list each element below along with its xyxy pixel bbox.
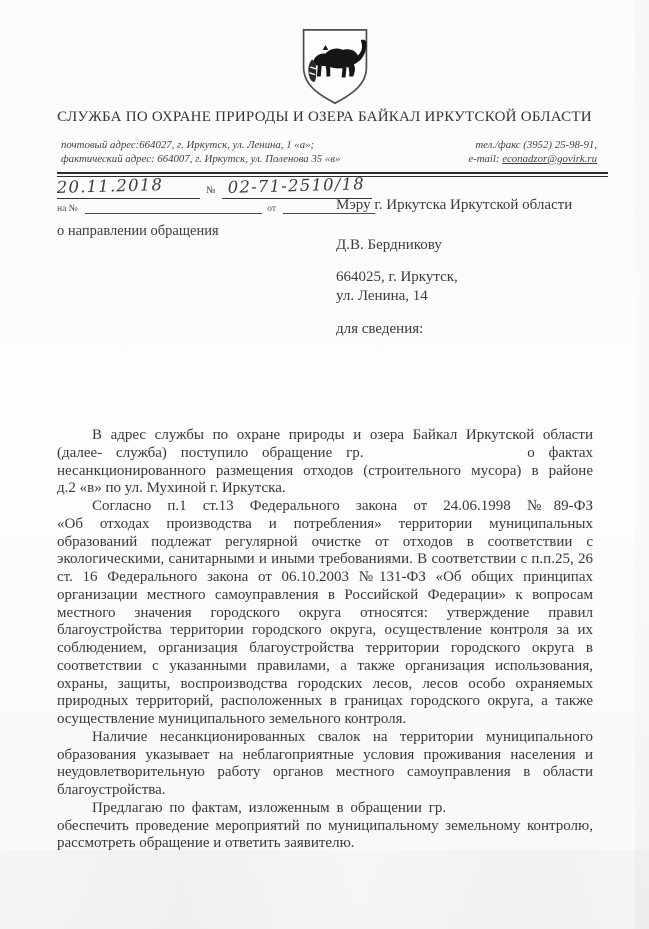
body-line: д.2 «в» по ул. Мухиной г. Иркутска. xyxy=(57,480,593,498)
number-sign: № xyxy=(206,185,216,196)
email-label: e-mail: xyxy=(468,153,499,165)
body-line: Согласно п.1 ст.13 Федерального закона о… xyxy=(57,498,593,516)
scanned-letter-page: СЛУЖБА ПО ОХРАНЕ ПРИРОДЫ И ОЗЕРА БАЙКАЛ … xyxy=(0,0,649,929)
email-line: e-mail: econadzor@govirk.ru xyxy=(468,152,597,166)
body-line: осуществление муниципального земельного … xyxy=(57,711,593,729)
irkutsk-coat-of-arms xyxy=(296,27,374,107)
handwritten-date: 20.11.2018 xyxy=(56,176,163,197)
body-line: (далее- служба) поступило обращение гр. … xyxy=(57,445,593,463)
body-line: охраны, защиты, воспроизводства городски… xyxy=(57,676,593,694)
letterhead-contacts: почтовый адрес:664027, г. Иркутск, ул. Л… xyxy=(61,138,597,166)
body-line: организации местного самоуправления в Ро… xyxy=(57,587,593,605)
recipient-postcode-city: 664025, г. Иркутск, xyxy=(336,268,608,287)
recipient-name: Д.В. Бердникову xyxy=(336,236,608,255)
outgoing-date-field: 20.11.2018 xyxy=(57,179,200,199)
address-block: почтовый адрес:664027, г. Иркутск, ул. Л… xyxy=(61,138,340,166)
body-line: неудовлетворительную работу органов мест… xyxy=(57,764,593,782)
body-line: природных территорий, расположенных в гр… xyxy=(57,693,593,711)
body-line: ст. 16 Федерального закона от 06.10.2003… xyxy=(57,569,593,587)
reply-reference-row: на № от xyxy=(57,199,375,214)
body-line: образований подлежат регулярной очистке … xyxy=(57,534,593,552)
scan-artifact-edge xyxy=(635,0,649,929)
email-address: econadzor@govirk.ru xyxy=(502,153,597,165)
outgoing-reference-row: 20.11.2018 № 02-71-2510/18 xyxy=(57,178,375,199)
recipient-street: ул. Ленина, 14 xyxy=(336,287,608,306)
phone-fax: тел./факс (3952) 25-98-91, xyxy=(468,138,597,152)
actual-address: фактический адрес: 664007, г. Иркутск, у… xyxy=(61,152,340,166)
body-line: благоустройства. xyxy=(57,782,593,800)
body-line: соответствии с указанными правилами, а т… xyxy=(57,658,593,676)
body-line: благоустройства территории городского ок… xyxy=(57,622,593,640)
contact-block: тел./факс (3952) 25-98-91, e-mail: econa… xyxy=(468,138,597,166)
coat-of-arms-icon xyxy=(296,27,374,107)
recipient-block: Мэру г. Иркутска Иркутской области Д.В. … xyxy=(336,196,608,339)
subject-line: о направлении обращения xyxy=(57,223,375,240)
body-line: образования указывает на неблагоприятные… xyxy=(57,747,593,765)
scan-artifact-band xyxy=(0,850,649,929)
reply-number-blank xyxy=(85,202,262,214)
body-line: несанкционированного размещения отходов … xyxy=(57,463,593,481)
handwritten-number: 02-71-2510/18 xyxy=(227,175,365,197)
postal-address: почтовый адрес:664027, г. Иркутск, ул. Л… xyxy=(61,138,340,152)
redacted-name-gap xyxy=(377,456,527,457)
letter-body: В адрес службы по охране природы и озера… xyxy=(57,427,593,853)
body-line: местного значения городского округа отно… xyxy=(57,605,593,623)
for-information-note: для сведения: xyxy=(336,320,608,339)
reply-from-label: от xyxy=(267,204,276,214)
body-line: рассмотреть обращение и ответить заявите… xyxy=(57,835,593,853)
reply-to-label: на № xyxy=(57,204,78,214)
redacted-name-gap xyxy=(453,811,593,812)
body-line: «Об отходах производства и потребления» … xyxy=(57,516,593,534)
reference-block: 20.11.2018 № 02-71-2510/18 на № от о нап… xyxy=(57,178,375,240)
recipient-title: Мэру г. Иркутска Иркутской области xyxy=(336,196,608,215)
body-line: соблюдением, организация благоустройства… xyxy=(57,640,593,658)
body-line: Наличие несанкционированных свалок на те… xyxy=(57,729,593,747)
body-line: В адрес службы по охране природы и озера… xyxy=(57,427,593,445)
body-line: экологическими, санитарными и иными треб… xyxy=(57,551,593,569)
organization-name: СЛУЖБА ПО ОХРАНЕ ПРИРОДЫ И ОЗЕРА БАЙКАЛ … xyxy=(20,109,629,126)
body-line: Предлагаю по фактам, изложенным в обраще… xyxy=(57,800,593,818)
body-line: обеспечить проведение мероприятий по мун… xyxy=(57,818,593,836)
